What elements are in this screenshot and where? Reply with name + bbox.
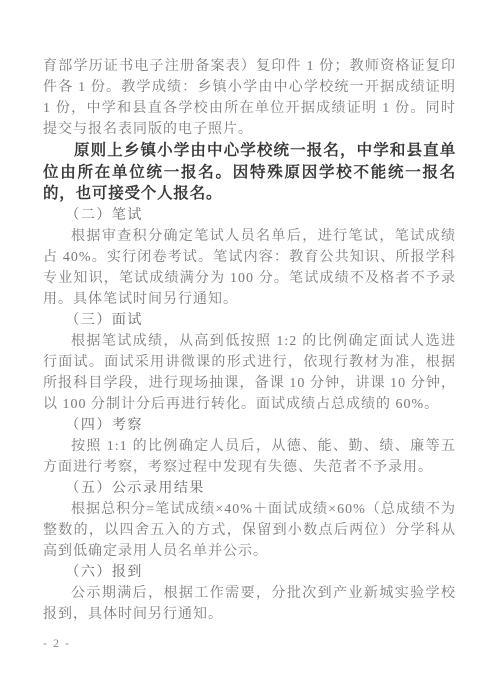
paragraph-publicize-results: 根据总积分=笔试成绩×40%＋面试成绩×60%（总成绩不为整数的，以四舍五入的方… — [43, 499, 456, 562]
section-heading-report-for-duty: （六）报到 — [43, 562, 456, 583]
section-heading-interview: （三）面试 — [43, 310, 456, 331]
paragraph-registration-emphasis: 原则上乡镇小学由中心学校统一报名，中学和县直单位由所在单位统一报名。因特殊原因学… — [43, 140, 456, 205]
page-number: - 2 - — [43, 636, 71, 651]
document-content: 育部学历证书电子注册备案表）复印件 1 份；教师资格证复印件各 1 份。教学成绩… — [43, 56, 456, 625]
paragraph-inspection: 按照 1:1 的比例确定人员后，从德、能、勤、绩、廉等五方面进行考察，考察过程中… — [43, 436, 456, 478]
paragraph-written-test: 根据审查积分确定笔试人员名单后，进行笔试，笔试成绩占 40%。实行闭卷考试。笔试… — [43, 226, 456, 310]
document-page: 育部学历证书电子注册备案表）复印件 1 份；教师资格证复印件各 1 份。教学成绩… — [0, 0, 487, 689]
paragraph-interview: 根据笔试成绩，从高到低按照 1:2 的比例确定面试人选进行面试。面试采用讲微课的… — [43, 331, 456, 415]
paragraph-report-for-duty: 公示期满后，根据工作需要，分批次到产业新城实验学校报到，具体时间另行通知。 — [43, 583, 456, 625]
section-heading-written-test: （二）笔试 — [43, 205, 456, 226]
section-heading-inspection: （四）考察 — [43, 415, 456, 436]
section-heading-publicize-results: （五）公示录用结果 — [43, 478, 456, 499]
paragraph-continued-materials: 育部学历证书电子注册备案表）复印件 1 份；教师资格证复印件各 1 份。教学成绩… — [43, 56, 456, 140]
